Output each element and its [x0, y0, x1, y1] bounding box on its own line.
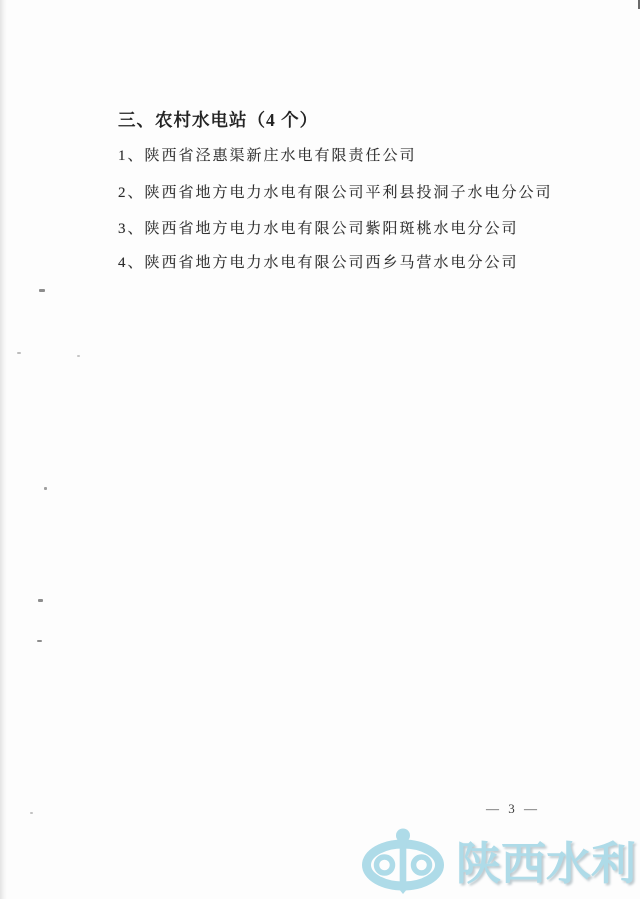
scan-speck [17, 352, 21, 354]
watermark-brand-text: 陕西水利 [456, 839, 636, 889]
item-number: 2、 [118, 185, 145, 201]
scan-speck [30, 812, 33, 814]
scan-speck [77, 355, 80, 357]
item-number: 4、 [118, 255, 145, 271]
item-company-name: 陕西省地方电力水电有限公司平利县投洞子水电分公司 [145, 185, 553, 201]
item-company-name: 陕西省地方电力水电有限公司西乡马营水电分公司 [145, 255, 519, 271]
item-company-name: 陕西省地方电力水电有限公司紫阳斑桃水电分公司 [145, 221, 519, 237]
list-item: 2、陕西省地方电力水电有限公司平利县投洞子水电分公司 [118, 183, 553, 204]
shaanxi-water-logo-icon [361, 827, 445, 894]
scan-speck [38, 599, 43, 602]
scan-speck [44, 487, 47, 490]
scan-speck [39, 289, 45, 292]
scan-speck [37, 640, 42, 642]
item-number: 1、 [118, 148, 145, 164]
scanned-document-page: 三、农村水电站（4 个） 1、陕西省泾惠渠新庄水电有限责任公司 2、陕西省地方电… [0, 0, 640, 899]
list-item: 3、陕西省地方电力水电有限公司紫阳斑桃水电分公司 [118, 219, 519, 240]
item-company-name: 陕西省泾惠渠新庄水电有限责任公司 [145, 148, 417, 164]
list-item: 1、陕西省泾惠渠新庄水电有限责任公司 [118, 146, 417, 167]
scan-edge-shading [0, 0, 7, 899]
list-item: 4、陕西省地方电力水电有限公司西乡马营水电分公司 [118, 253, 519, 274]
watermark: 陕西水利 [361, 825, 640, 899]
item-number: 3、 [118, 221, 145, 237]
page-number: — 3 — [486, 801, 540, 817]
section-heading: 三、农村水电站（4 个） [118, 109, 318, 132]
